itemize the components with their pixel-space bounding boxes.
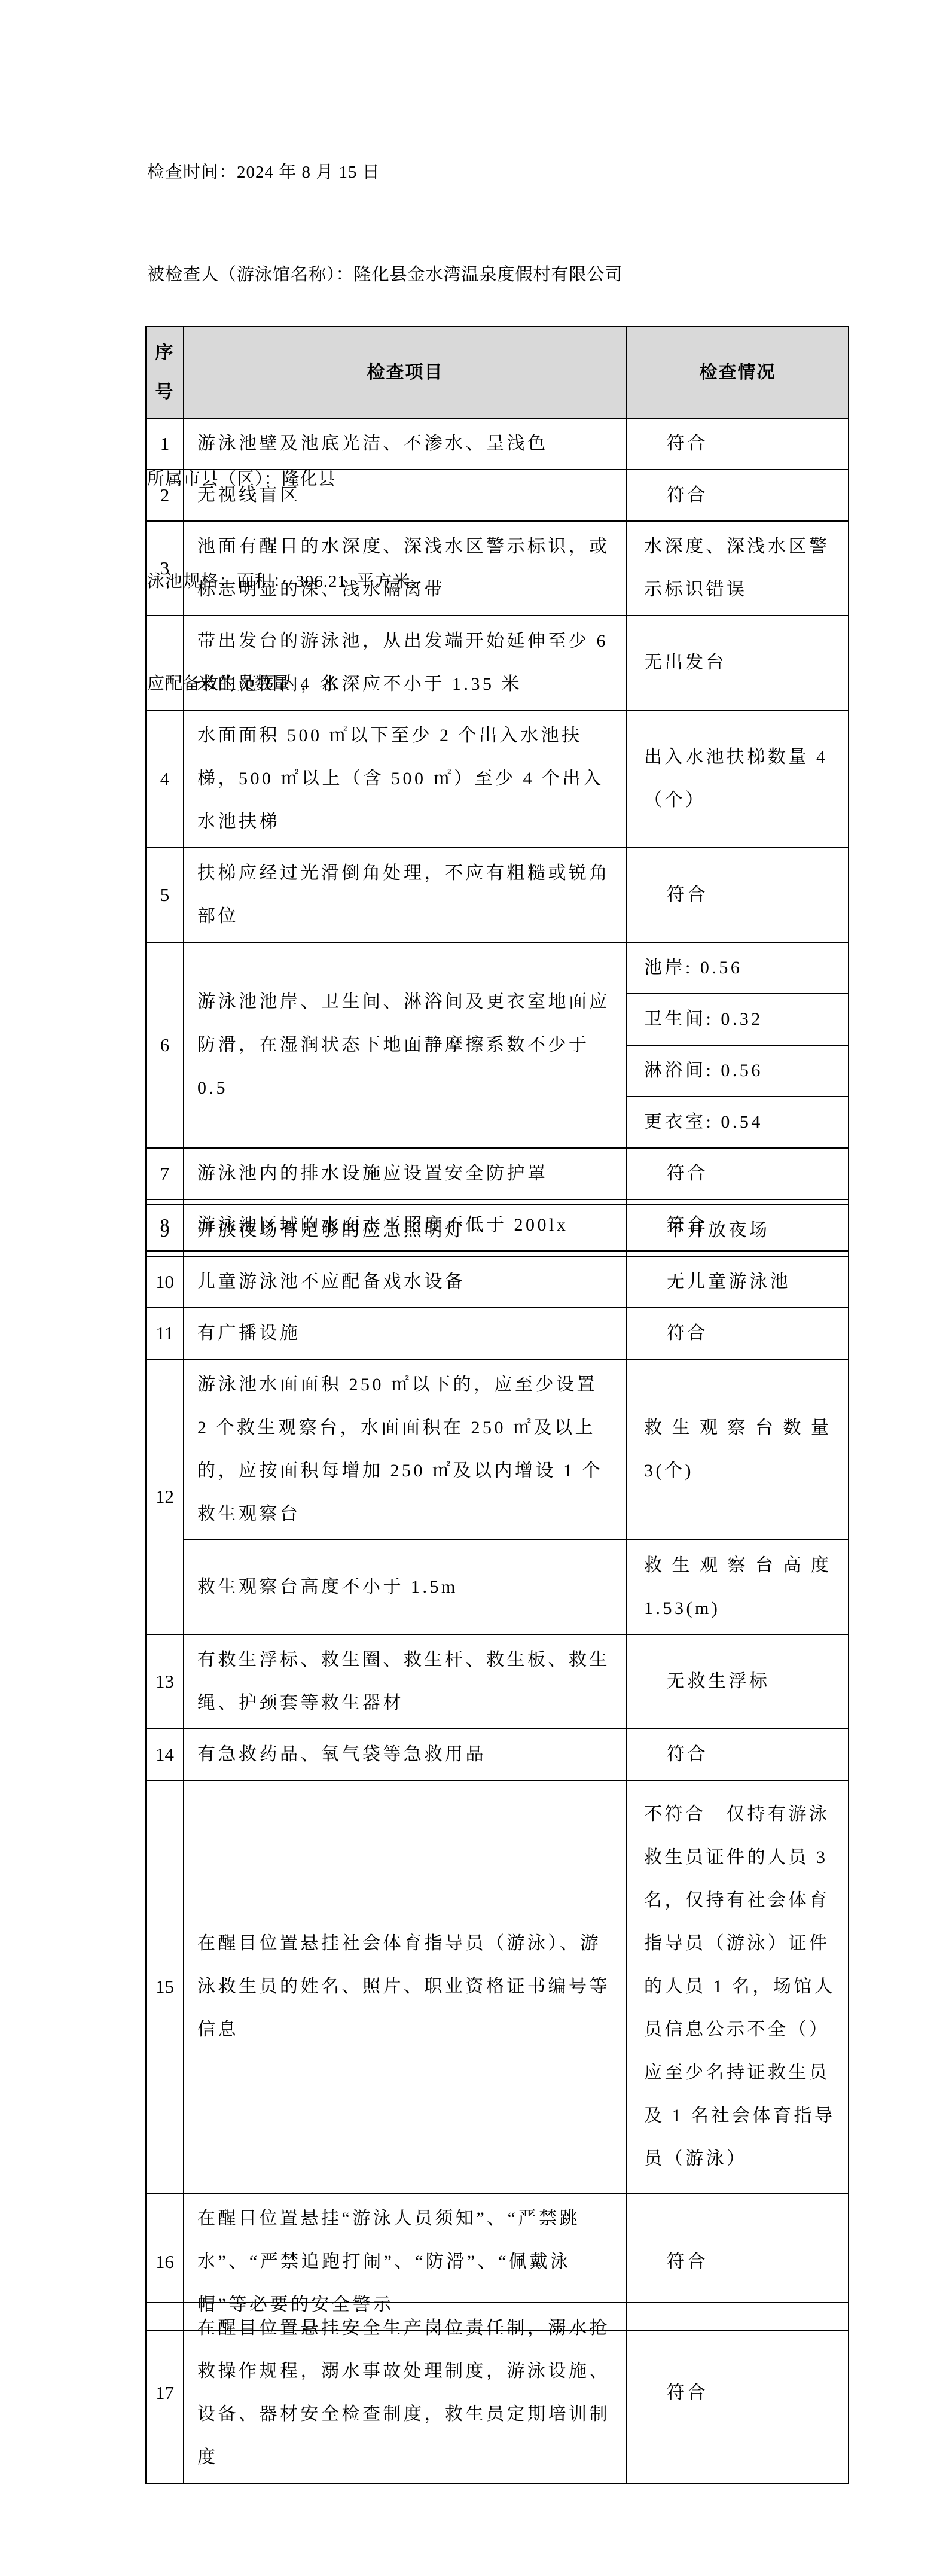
- row-status: 符合: [627, 1729, 849, 1780]
- table-row: 带出发台的游泳池，从出发端开始延伸至少 6 米的范围内，水深应不小于 1.35 …: [146, 616, 849, 710]
- col-header-status: 检查情况: [627, 327, 849, 418]
- row-item: 水面面积 500 ㎡以下至少 2 个出入水池扶梯，500 ㎡以上（含 500 ㎡…: [184, 710, 627, 848]
- row-status: 出入水池扶梯数量 4（个）: [627, 710, 849, 848]
- row-status: 不开放夜场: [627, 1205, 849, 1256]
- inspection-table-1: 序 号 检查项目 检查情况 1 游泳池壁及池底光洁、不渗水、呈浅色 符合 2 无…: [145, 326, 849, 1252]
- row-status-sub: 更衣室: 0.54: [627, 1097, 849, 1148]
- row-item: 儿童游泳池不应配备戏水设备: [184, 1256, 627, 1308]
- meta-line-inspection-time: 检查时间：2024 年 8 月 15 日: [147, 156, 631, 190]
- inspection-table-3: 17 在醒目位置悬挂安全生产岗位责任制，溺水抢救操作规程，溺水事故处理制度，游泳…: [145, 2302, 849, 2484]
- row-item: 游泳池内的排水设施应设置安全防护罩: [184, 1148, 627, 1199]
- row-item: 有广播设施: [184, 1308, 627, 1359]
- document-page: 检查时间：2024 年 8 月 15 日 被检查人（游泳馆名称）：隆化县金水湾温…: [0, 0, 949, 2576]
- row-no: 11: [146, 1308, 184, 1359]
- row-no: 15: [146, 1780, 184, 2193]
- table-row: 11 有广播设施 符合: [146, 1308, 849, 1359]
- table-row: 10 儿童游泳池不应配备戏水设备 无儿童游泳池: [146, 1256, 849, 1308]
- row-item: 带出发台的游泳池，从出发端开始延伸至少 6 米的范围内，水深应不小于 1.35 …: [184, 616, 627, 710]
- row-no: 14: [146, 1729, 184, 1780]
- table-row: 14 有急救药品、氧气袋等急救用品 符合: [146, 1729, 849, 1780]
- row-status-sub: 卫生间: 0.32: [627, 994, 849, 1045]
- table-row: 9 开放夜场有足够的应急照明灯 不开放夜场: [146, 1205, 849, 1256]
- row-no: 13: [146, 1634, 184, 1729]
- row-status: 符合: [627, 848, 849, 942]
- row-no: 2: [146, 470, 184, 521]
- table-row: 15 在醒目位置悬挂社会体育指导员（游泳）、游泳救生员的姓名、照片、职业资格证书…: [146, 1780, 849, 2193]
- row-status: 符合: [627, 1308, 849, 1359]
- row-no: 1: [146, 418, 184, 470]
- row-no: 3: [146, 521, 184, 616]
- table-row: 6 游泳池池岸、卫生间、淋浴间及更衣室地面应防滑，在湿润状态下地面静摩擦系数不少…: [146, 942, 849, 994]
- row-no: 5: [146, 848, 184, 942]
- row-item: 救生观察台高度不小于 1.5m: [184, 1540, 627, 1634]
- row-no: 17: [146, 2303, 184, 2483]
- row-item: 池面有醒目的水深度、深浅水区警示标识，或标志明显的深、浅水隔离带: [184, 521, 627, 616]
- row-status-sub: 淋浴间: 0.56: [627, 1045, 849, 1097]
- row-status: 无救生浮标: [627, 1634, 849, 1729]
- table-row: 7 游泳池内的排水设施应设置安全防护罩 符合: [146, 1148, 849, 1199]
- table-row: 1 游泳池壁及池底光洁、不渗水、呈浅色 符合: [146, 418, 849, 470]
- row-item: 有救生浮标、救生圈、救生杆、救生板、救生绳、护颈套等救生器材: [184, 1634, 627, 1729]
- row-item: 在醒目位置悬挂社会体育指导员（游泳）、游泳救生员的姓名、照片、职业资格证书编号等…: [184, 1780, 627, 2193]
- table-row: 3 池面有醒目的水深度、深浅水区警示标识，或标志明显的深、浅水隔离带 水深度、深…: [146, 521, 849, 616]
- table-row: 5 扶梯应经过光滑倒角处理，不应有粗糙或锐角部位 符合: [146, 848, 849, 942]
- row-item: 无视线盲区: [184, 470, 627, 521]
- table-row: 12 游泳池水面面积 250 ㎡以下的，应至少设置 2 个救生观察台，水面面积在…: [146, 1359, 849, 1540]
- meta-line-inspected-party: 被检查人（游泳馆名称）：隆化县金水湾温泉度假村有限公司: [147, 258, 631, 292]
- row-no: 12: [146, 1359, 184, 1634]
- table-row: 4 水面面积 500 ㎡以下至少 2 个出入水池扶梯，500 ㎡以上（含 500…: [146, 710, 849, 848]
- row-status: 救 生 观 察 台 数 量 3(个): [627, 1359, 849, 1540]
- row-no: 4: [146, 710, 184, 848]
- row-status: 不符合 仅持有游泳救生员证件的人员 3 名，仅持有社会体育指导员（游泳）证件的人…: [627, 1780, 849, 2193]
- row-status: 符合: [627, 418, 849, 470]
- row-no: [146, 616, 184, 710]
- row-status: 无儿童游泳池: [627, 1256, 849, 1308]
- col-header-item: 检查项目: [184, 327, 627, 418]
- row-item: 有急救药品、氧气袋等急救用品: [184, 1729, 627, 1780]
- row-item: 在醒目位置悬挂安全生产岗位责任制，溺水抢救操作规程，溺水事故处理制度，游泳设施、…: [184, 2303, 627, 2483]
- row-status: 符合: [627, 1148, 849, 1199]
- table-row: 2 无视线盲区 符合: [146, 470, 849, 521]
- row-item: 游泳池壁及池底光洁、不渗水、呈浅色: [184, 418, 627, 470]
- row-no: 6: [146, 942, 184, 1148]
- inspection-table-2: 9 开放夜场有足够的应急照明灯 不开放夜场 10 儿童游泳池不应配备戏水设备 无…: [145, 1204, 849, 2331]
- col-header-no: 序 号: [146, 327, 184, 418]
- table-row: 救生观察台高度不小于 1.5m 救 生 观 察 台 高 度 1.53(m): [146, 1540, 849, 1634]
- row-status: 无出发台: [627, 616, 849, 710]
- row-status-sub: 池岸: 0.56: [627, 942, 849, 994]
- row-no: 7: [146, 1148, 184, 1199]
- row-status: 水深度、深浅水区警示标识错误: [627, 521, 849, 616]
- row-status: 救 生 观 察 台 高 度 1.53(m): [627, 1540, 849, 1634]
- row-status: 符合: [627, 470, 849, 521]
- row-no: 9: [146, 1205, 184, 1256]
- row-status: 符合: [627, 2303, 849, 2483]
- table-row: 17 在醒目位置悬挂安全生产岗位责任制，溺水抢救操作规程，溺水事故处理制度，游泳…: [146, 2303, 849, 2483]
- table-row: 13 有救生浮标、救生圈、救生杆、救生板、救生绳、护颈套等救生器材 无救生浮标: [146, 1634, 849, 1729]
- row-no: 10: [146, 1256, 184, 1308]
- row-item: 游泳池水面面积 250 ㎡以下的，应至少设置 2 个救生观察台，水面面积在 25…: [184, 1359, 627, 1540]
- row-item: 游泳池池岸、卫生间、淋浴间及更衣室地面应防滑，在湿润状态下地面静摩擦系数不少于 …: [184, 942, 627, 1148]
- row-item: 开放夜场有足够的应急照明灯: [184, 1205, 627, 1256]
- row-item: 扶梯应经过光滑倒角处理，不应有粗糙或锐角部位: [184, 848, 627, 942]
- table-header-row: 序 号 检查项目 检查情况: [146, 327, 849, 418]
